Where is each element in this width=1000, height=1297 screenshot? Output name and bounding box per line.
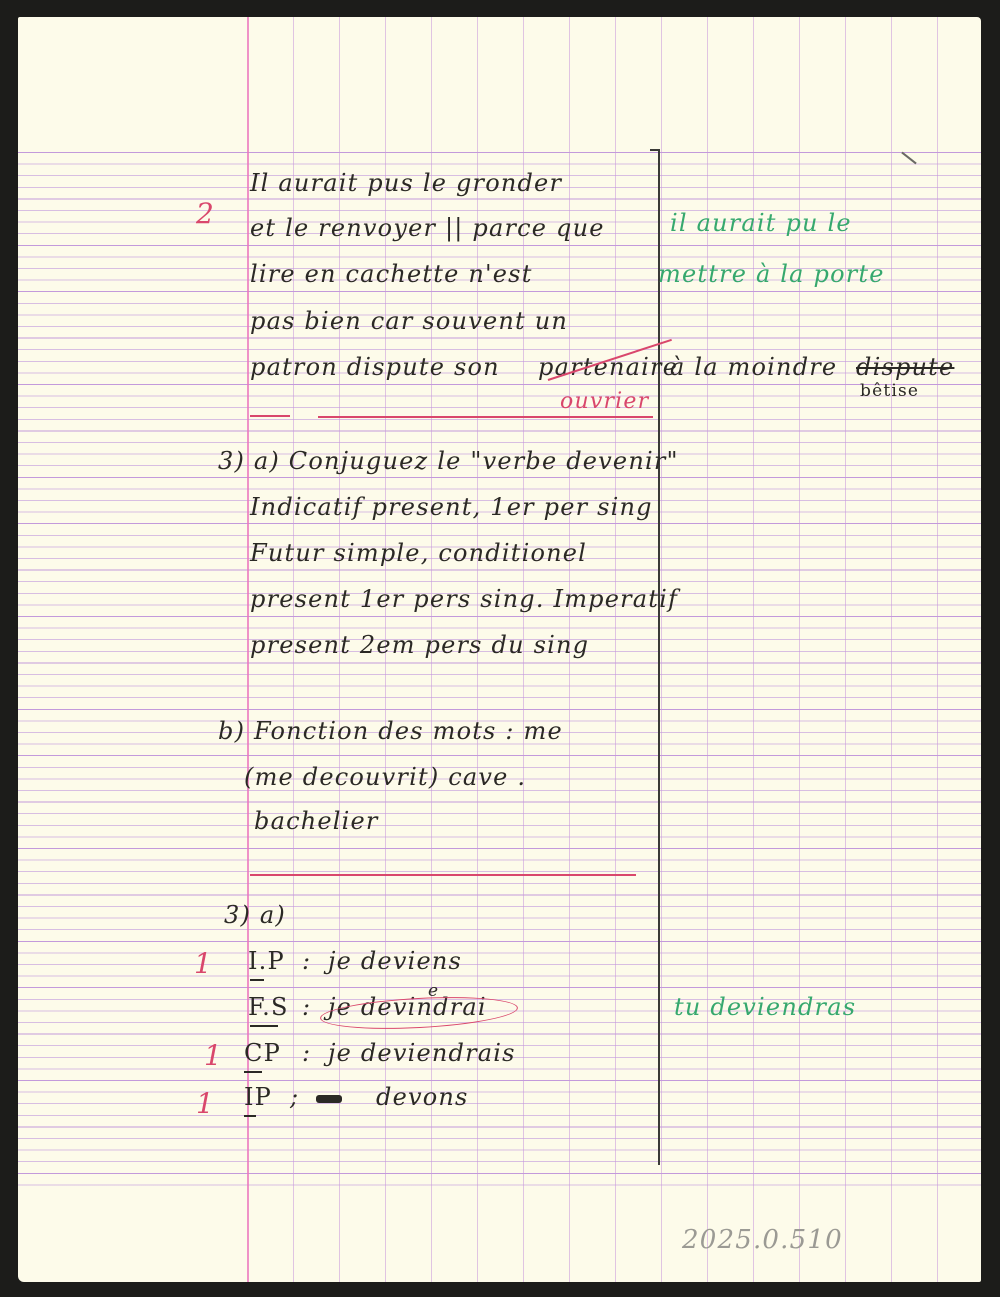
text-line: present 2em pers du sing (250, 631, 589, 659)
text-line: Indicatif present, 1er per sing (250, 493, 653, 521)
label-underline (244, 1071, 262, 1073)
answer-label: F.S (248, 993, 289, 1021)
scribbled-out-word (316, 1095, 342, 1103)
text-line: Futur simple, conditionel (250, 539, 587, 567)
teacher-comment-green: il aurait pu le (670, 209, 852, 237)
text-line: present 1er pers sing. Imperatif (250, 585, 678, 613)
text-line: pas bien car souvent un (250, 307, 568, 335)
red-separator (318, 416, 653, 418)
red-separator (250, 874, 636, 876)
teacher-correction-red: ouvrier (560, 389, 649, 414)
answer-sep: : (302, 947, 311, 975)
grade-section1: 2 (196, 197, 215, 230)
struck-word: dispute (856, 353, 954, 381)
red-separator-short (250, 415, 290, 417)
answer-text: devons (376, 1083, 469, 1111)
answer-label: CP (244, 1039, 281, 1067)
column-divider-tick (650, 149, 660, 151)
text-line-tail: à la moindre (670, 353, 837, 381)
label-underline (250, 979, 264, 981)
answer-label: I.P (248, 947, 285, 975)
grade-mark: 1 (194, 947, 213, 980)
answer-label: IP (244, 1083, 272, 1111)
text-line: patron dispute son (250, 353, 500, 381)
label-underline (244, 1115, 256, 1117)
text-line: lire en cachette n'est (250, 260, 533, 288)
answer-sep: ; (290, 1083, 299, 1111)
text-line: b) Fonction des mots : me (218, 717, 563, 745)
text-line: bachelier (254, 807, 379, 835)
label-underline (250, 1025, 278, 1027)
teacher-comment-green: mettre à la porte (658, 260, 885, 288)
correction-above: bêtise (860, 381, 919, 401)
column-divider (658, 149, 660, 1165)
exercise-heading: 3) a) Conjuguez le "verbe devenir" (218, 447, 679, 475)
text-line: Il aurait pus le gronder (250, 169, 562, 197)
paper-sheet: 2 Il aurait pus le gronder et le renvoye… (18, 17, 981, 1282)
answer-sep: : (302, 993, 311, 1021)
grade-mark: 1 (204, 1039, 223, 1072)
answer-text: je deviendrais (328, 1039, 516, 1067)
teacher-correction-green: tu deviendras (674, 993, 856, 1021)
answer-text: je deviens (328, 947, 462, 975)
text-line: et le renvoyer || parce que (250, 214, 605, 242)
answer-sep: : (302, 1039, 311, 1067)
archive-number: 2025.0.510 (682, 1225, 843, 1255)
grade-mark: 1 (196, 1087, 215, 1120)
text-line: (me decouvrit) cave . (244, 763, 526, 791)
exercise-heading: 3) a) (224, 901, 286, 929)
